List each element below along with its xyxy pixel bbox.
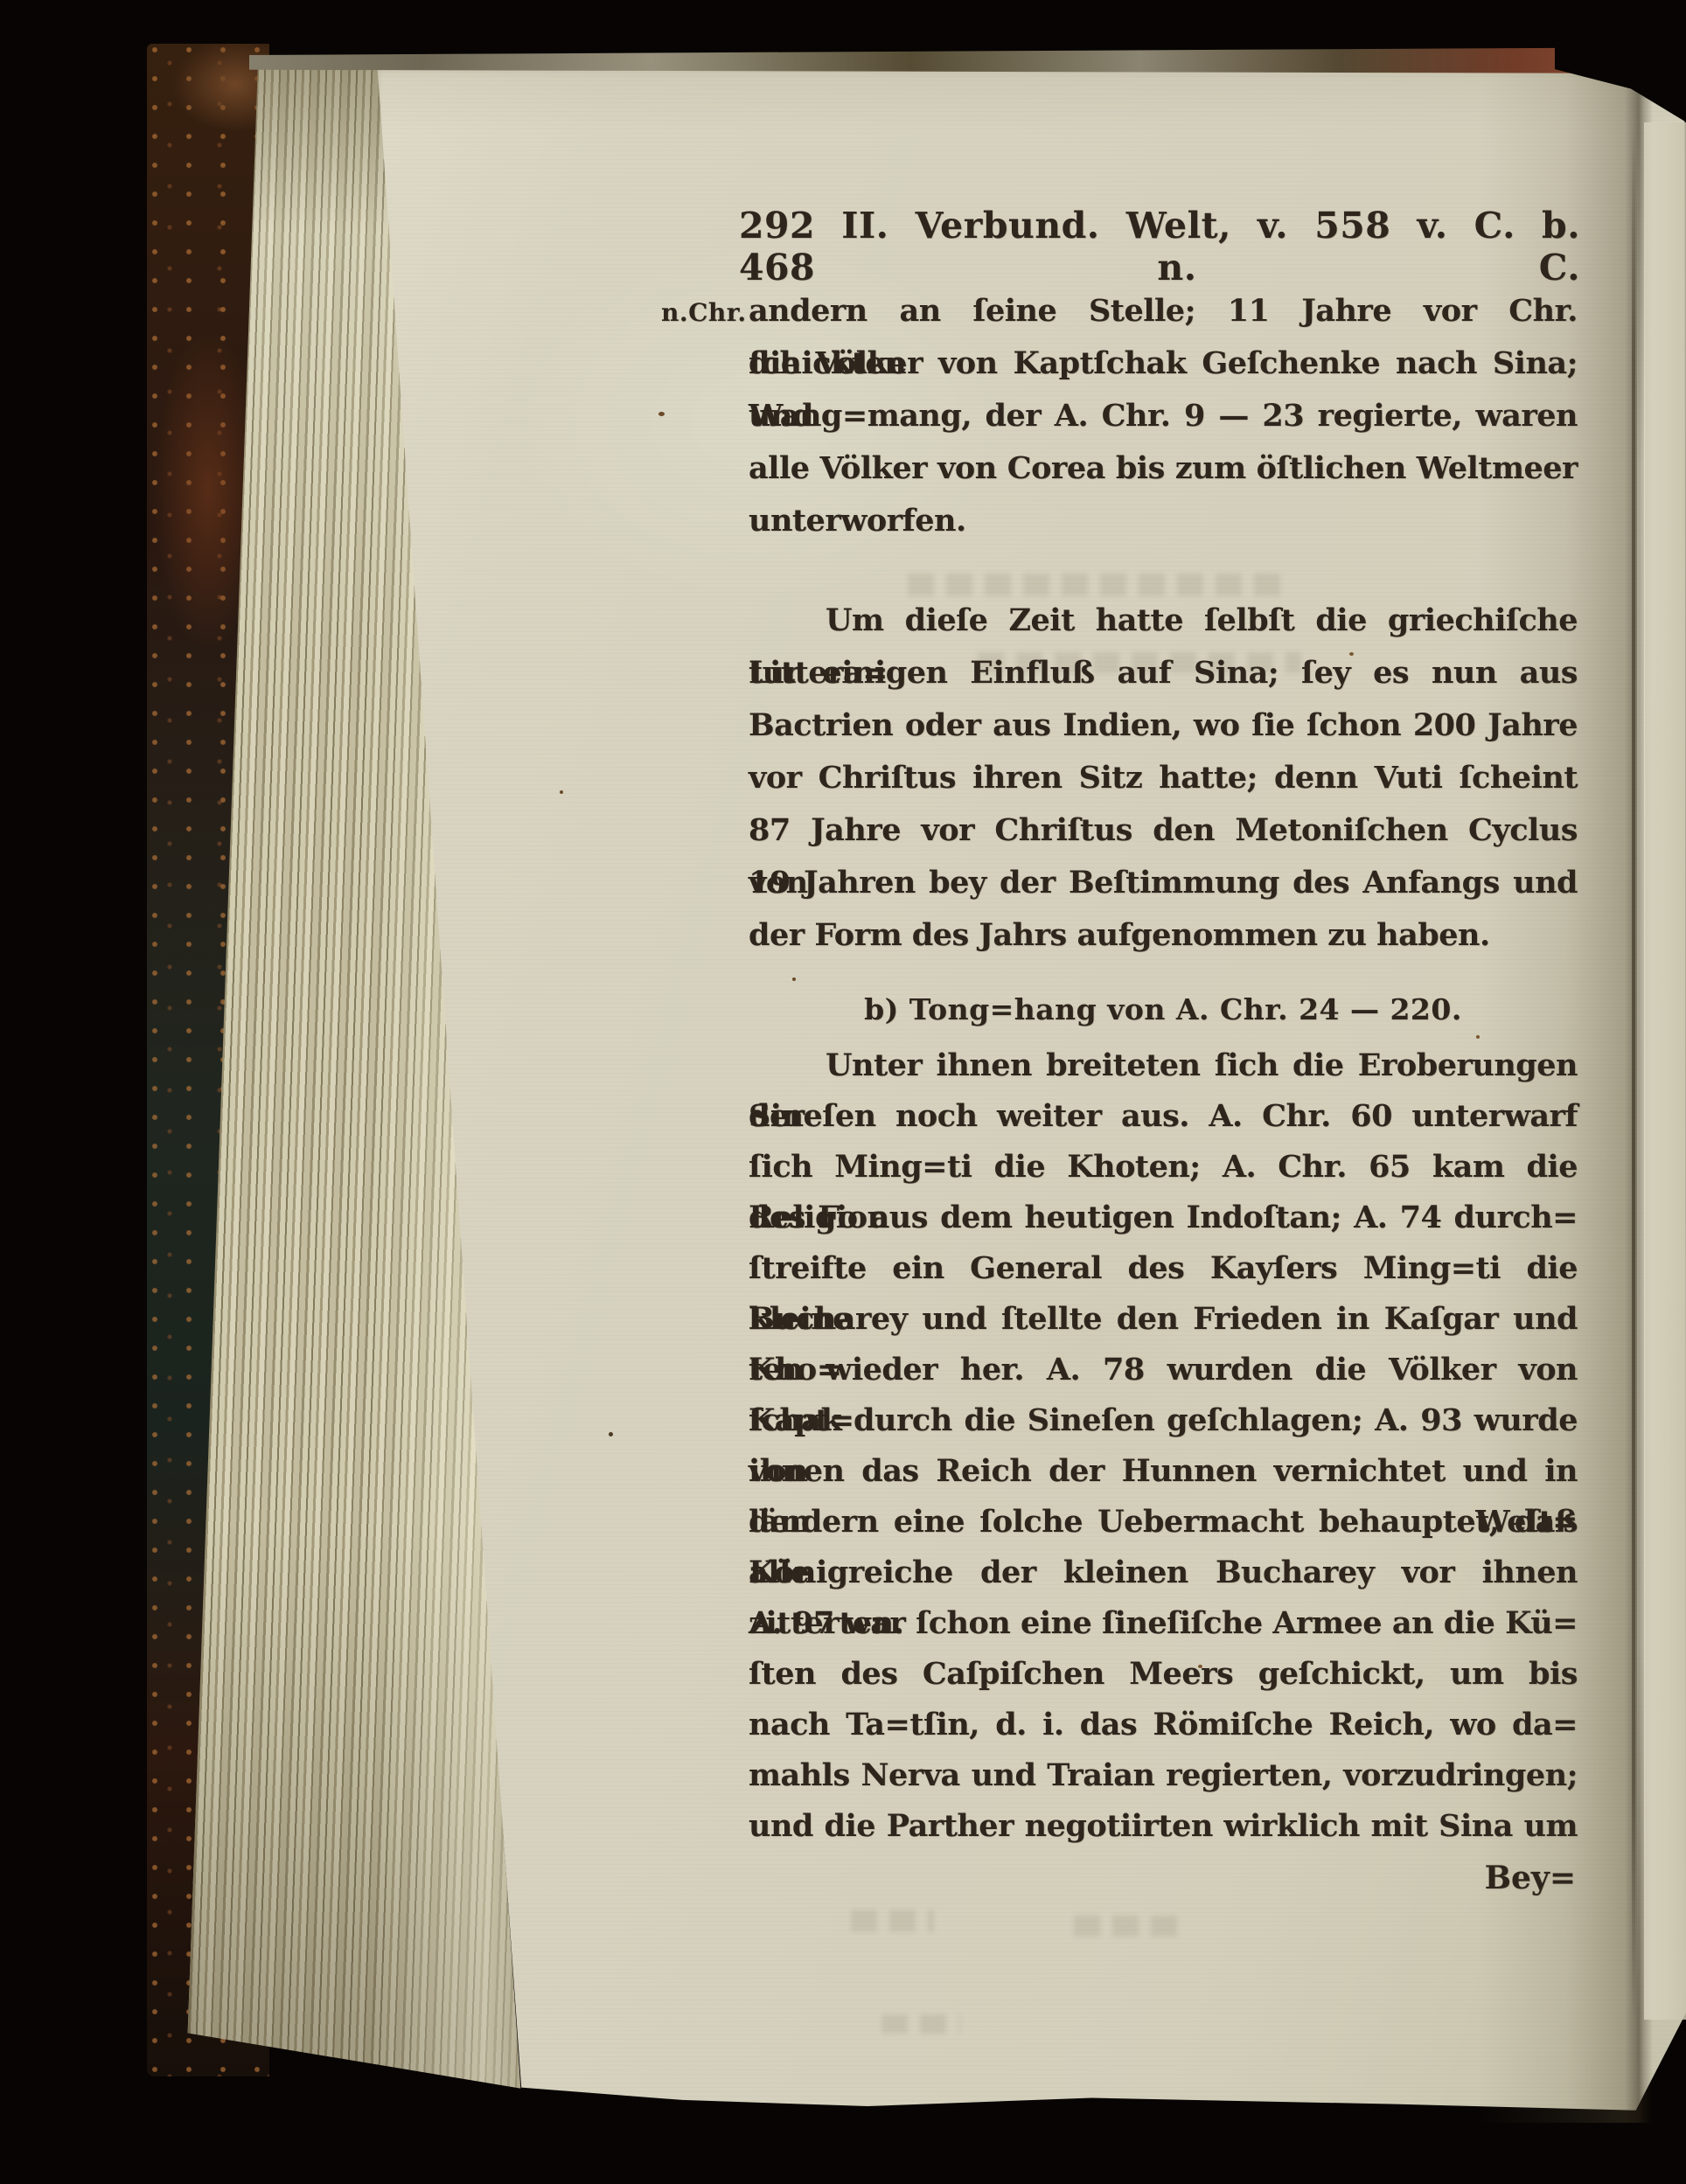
- running-title: II. Verbund. Welt, v. 558 v. C. b. 468 n…: [739, 205, 1580, 289]
- body-line: ihnen das Reich der Hunnen vernichtet un…: [749, 1446, 1578, 1497]
- section-heading: b) Tong=hang von A. Chr. 24 — 220.: [749, 984, 1578, 1035]
- show-through-mark: [1074, 1916, 1183, 1937]
- body-line: Unter ihnen breiteten ſich die Eroberung…: [749, 1040, 1578, 1091]
- body-line: ſtreifte ein General des Kayſers Ming=ti…: [749, 1243, 1578, 1294]
- body-line: ſchak durch die Sineſen geſchlagen; A. 9…: [749, 1395, 1578, 1446]
- body-line: tur einigen Einfluß auf Sina; ſey es nun…: [749, 647, 1578, 699]
- show-through-mark: [851, 1909, 934, 1932]
- fox-speck: [658, 412, 665, 416]
- fox-speck: [609, 1432, 613, 1436]
- body-line: 19 Jahren bey der Beſtimmung des Anfangs…: [749, 857, 1578, 909]
- body-line: die Völker von Kaptſchak Geſchenke nach …: [749, 337, 1578, 390]
- catchword: Bey=: [749, 1859, 1578, 1897]
- body-line: ſten des Caſpiſchen Meers geſchickt, um …: [749, 1649, 1578, 1700]
- body-line: 87 Jahre vor Chriſtus den Metoniſchen Cy…: [749, 804, 1578, 857]
- fox-speck: [560, 790, 563, 794]
- body-line: mahls Nerva und Traian regierten, vorzud…: [749, 1750, 1578, 1801]
- gutter-fold-highlight: [1637, 131, 1645, 2011]
- body-line: der Form des Jahrs aufgenommen zu haben.: [749, 909, 1578, 962]
- book-photo: 292 II. Verbund. Welt, v. 558 v. C. b. 4…: [0, 0, 1686, 2184]
- body-line: des Fo aus dem heutigen Indoſtan; A. 74 …: [749, 1193, 1578, 1243]
- page-top-edge: [249, 47, 1686, 73]
- paragraph: Unter ihnen breiteten ſich die Eroberung…: [749, 1040, 1578, 1852]
- body-line: vor Chriſtus ihren Sitz hatte; denn Vuti…: [749, 752, 1578, 804]
- body-line: Um dieſe Zeit hatte ſelbſt die griechiſc…: [749, 595, 1578, 647]
- show-through-mark: [881, 2014, 960, 2034]
- margin-note: n.Chr.: [661, 298, 747, 327]
- body-line: Königreiche der kleinen Bucharey vor ihn…: [749, 1548, 1578, 1598]
- body-line: und die Parther negotiirten wirklich mit…: [749, 1801, 1578, 1852]
- body-line: ten wieder her. A. 78 wurden die Völker …: [749, 1345, 1578, 1395]
- gutter-fold-line: [1632, 131, 1635, 2020]
- body-line: Bucharey und ſtellte den Frieden in Kaſg…: [749, 1294, 1578, 1345]
- body-line: ſich Ming=ti die Khoten; A. Chr. 65 kam …: [749, 1142, 1578, 1193]
- body-line: nach Ta=tſin, d. i. das Römiſche Reich, …: [749, 1700, 1578, 1750]
- body-line: Wang=mang, der A. Chr. 9 — 23 regierte, …: [749, 390, 1578, 442]
- body-line: unterworfen.: [749, 495, 1578, 547]
- body-line: A. 97 war ſchon eine ſineſiſche Armee an…: [749, 1598, 1578, 1649]
- body-line: Sineſen noch weiter aus. A. Chr. 60 unte…: [749, 1091, 1578, 1142]
- page-number: 292: [739, 205, 815, 247]
- adjacent-page-sliver: [1644, 122, 1686, 2020]
- page-header: 292 II. Verbund. Welt, v. 558 v. C. b. 4…: [739, 205, 1580, 289]
- text-block: andern an ſeine Stelle; 11 Jahre vor Chr…: [749, 285, 1578, 1897]
- body-line: Bactrien oder aus Indien, wo ſie ſchon 2…: [749, 699, 1578, 752]
- body-line: andern an ſeine Stelle; 11 Jahre vor Chr…: [749, 285, 1578, 337]
- body-line: ländern eine ſolche Uebermacht behauptet…: [749, 1497, 1578, 1548]
- body-line: alle Völker von Corea bis zum öſtlichen …: [749, 442, 1578, 495]
